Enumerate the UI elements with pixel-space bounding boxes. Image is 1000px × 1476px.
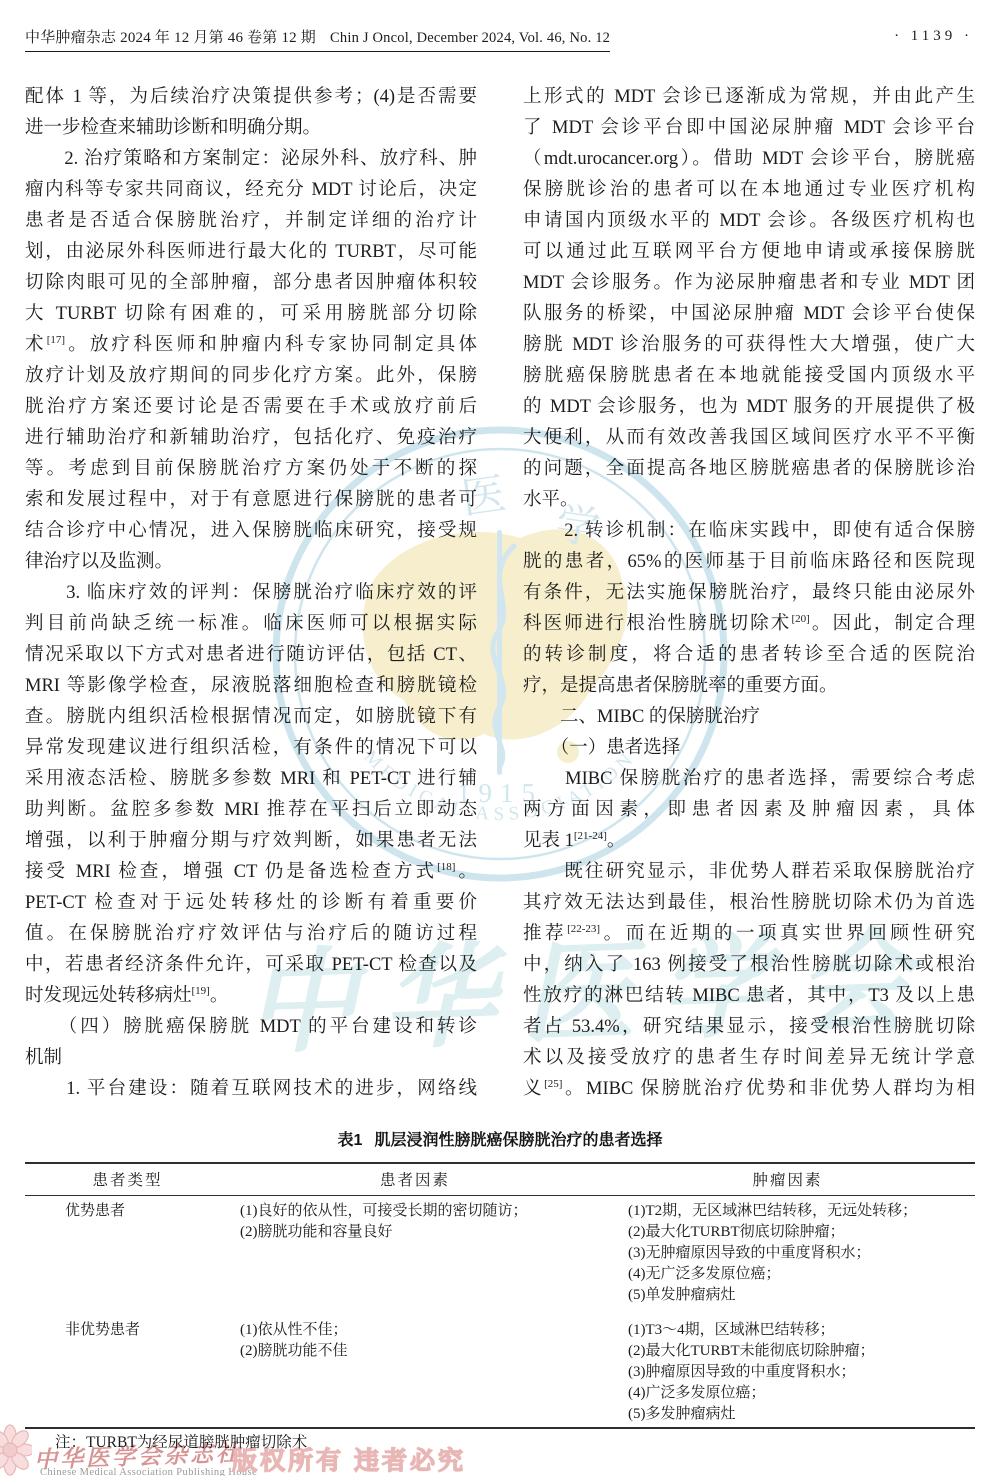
- text-line: 律治疗以及监测。: [25, 547, 477, 578]
- tumor-factors-cell: (1)T3～4期，区域淋巴结转移；(2)最大化TURBT未能彻底切除肿瘤；(3)…: [600, 1314, 975, 1428]
- journal-page: 医 学 1915 MEDICAL ASSOCIATION 中华医学会 中华医学会…: [0, 0, 1000, 1476]
- table1-block: 表1肌层浸润性膀胱癌保膀胱治疗的患者选择 患者类型 患者因素 肿瘤因素 优势患者…: [25, 1130, 975, 1429]
- text-line: 异常发现建议进行组织活检，有条件的情况下可以: [25, 733, 477, 764]
- text-line: 等。考虑到目前保膀胱治疗方案仍处于不断的探: [25, 454, 477, 485]
- text-line: 的转诊制度，将合适的患者转诊至合适的医院治: [523, 640, 975, 671]
- text-column-left: 配体 1 等，为后续治疗决策提供参考；(4)是否需要进一步检查来辅助诊断和明确分…: [25, 82, 477, 1105]
- text-line: 3. 临床疗效的评判：保膀胱治疗临床疗效的评: [25, 578, 477, 609]
- text-line: 1. 平台建设：随着互联网技术的进步，网络线: [25, 1074, 477, 1105]
- factor-line: (1)依从性不佳；: [240, 1320, 599, 1341]
- journal-citation-en: Chin J Oncol, December 2024, Vol. 46, No…: [330, 30, 610, 46]
- text-line: 患者是否适合保膀胱治疗，并制定详细的治疗计: [25, 206, 477, 237]
- text-line: 2. 转诊机制：在临床实践中，即使有适合保膀: [523, 516, 975, 547]
- factor-line: (1)T3～4期，区域淋巴结转移；: [628, 1320, 974, 1341]
- text-line: 术以及接受放疗的患者生存时间差异无统计学意: [523, 1043, 975, 1074]
- text-line: 中，若患者经济条件允许，可采取 PET-CT 检查以及: [25, 950, 477, 981]
- text-line: 科医师进行根治性膀胱切除术[20]。因此，制定合理: [523, 609, 975, 640]
- text-line: 两方面因素，即患者因素及肿瘤因素，具体: [523, 795, 975, 826]
- table-row: 非优势患者(1)依从性不佳；(2)膀胱功能不佳(1)T3～4期，区域淋巴结转移；…: [25, 1314, 975, 1428]
- text-line: 有条件，无法实施保膀胱治疗，最终只能由泌尿外: [523, 578, 975, 609]
- text-line: 中，纳入了 163 例接受了根治性膀胱切除术或根治: [523, 950, 975, 981]
- text-line: 值。在保膀胱治疗疗效评估与治疗后的随访过程: [25, 919, 477, 950]
- text-line: 切除肉眼可见的全部肿瘤，部分患者因肿瘤体积较: [25, 268, 477, 299]
- text-line: 疗，是提高患者保膀胱率的重要方面。: [523, 671, 975, 702]
- journal-citation-zh: 中华肿瘤杂志 2024 年 12 月第 46 卷第 12 期: [25, 30, 316, 46]
- table1-caption: 表1肌层浸润性膀胱癌保膀胱治疗的患者选择: [25, 1130, 975, 1152]
- factor-line: (3)无肿瘤原因导致的中重度肾积水；: [628, 1243, 974, 1264]
- seal-staff: [497, 530, 502, 775]
- factor-line: (2)膀胱功能不佳: [240, 1341, 599, 1362]
- text-line: 膀胱癌保膀胱患者在本地就能接受国内顶级水平: [523, 361, 975, 392]
- page-number: · 1139 ·: [894, 28, 973, 45]
- text-line: 时发现远处转移病灶[19]。: [25, 981, 477, 1012]
- text-line: （一）患者选择: [523, 733, 975, 764]
- patient-factors-cell: (1)良好的依从性，可接受长期的密切随访；(2)膀胱功能和容量良好: [230, 1196, 600, 1315]
- patient-selection-table: 患者类型 患者因素 肿瘤因素 优势患者(1)良好的依从性，可接受长期的密切随访；…: [25, 1162, 975, 1429]
- text-line: 其疗效无法达到最佳，根治性膀胱切除术仍为首选: [523, 888, 975, 919]
- journal-citation: 中华肿瘤杂志 2024 年 12 月第 46 卷第 12 期Chin J Onc…: [25, 26, 610, 52]
- text-line: 可以通过此互联网平台方便地申请或承接保膀胱: [523, 237, 975, 268]
- text-line: 的 MDT 会诊服务，也为 MDT 服务的开展提供了极: [523, 392, 975, 423]
- col-header-tumor-factors: 肿瘤因素: [600, 1163, 975, 1196]
- text-line: 判目前尚缺乏统一标准。临床医师可以根据实际: [25, 609, 477, 640]
- seal-snake: [493, 546, 514, 766]
- text-line: 大 TURBT 切除有困难的，可采用膀胱部分切除: [25, 299, 477, 330]
- text-line: 瘤内科等专家共同商议，经充分 MDT 讨论后，决定: [25, 175, 477, 206]
- text-line: 推荐[22-23]。而在近期的一项真实世界回顾性研究: [523, 919, 975, 950]
- text-line: （mdt.urocancer.org）。借助 MDT 会诊平台，膀胱癌: [523, 144, 975, 175]
- text-line: 增强，以利于肿瘤分期与疗效判断，如果患者无法: [25, 826, 477, 857]
- text-line: （四）膀胱癌保膀胱 MDT 的平台建设和转诊: [25, 1012, 477, 1043]
- text-line: 情况采取以下方式对患者进行随访评估，包括 CT、: [25, 640, 477, 671]
- publisher-english-watermark: Chinese Medical Association Publishing H…: [40, 1467, 257, 1476]
- text-line: 胱的患者，65%的医师基于目前临床路径和医院现: [523, 547, 975, 578]
- text-line: 申请国内顶级水平的 MDT 会诊。各级医疗机构也: [523, 206, 975, 237]
- text-line: 放疗计划及放疗期间的同步化疗方案。此外，保膀: [25, 361, 477, 392]
- text-line: MDT 会诊服务。作为泌尿肿瘤患者和专业 MDT 团: [523, 268, 975, 299]
- factor-line: (1)良好的依从性，可接受长期的密切随访；: [240, 1201, 599, 1222]
- factor-line: (2)膀胱功能和容量良好: [240, 1222, 599, 1243]
- table1-caption-label: 表1: [338, 1132, 363, 1149]
- text-line: 配体 1 等，为后续治疗决策提供参考；(4)是否需要: [25, 82, 477, 113]
- patient-type-cell: 优势患者: [25, 1196, 230, 1315]
- text-line: 结合诊疗中心情况，进入保膀胱临床研究，接受规: [25, 516, 477, 547]
- text-line: 二、MIBC 的保膀胱治疗: [523, 702, 975, 733]
- patient-type-cell: 非优势患者: [25, 1314, 230, 1428]
- text-line: 接受 MRI 检查，增强 CT 仍是备选检查方式[18]。: [25, 857, 477, 888]
- table-row: 优势患者(1)良好的依从性，可接受长期的密切随访；(2)膀胱功能和容量良好(1)…: [25, 1196, 975, 1315]
- col-header-patient-type: 患者类型: [25, 1163, 230, 1196]
- text-column-right: 上形式的 MDT 会诊已逐渐成为常规，并由此产生了 MDT 会诊平台即中国泌尿肿…: [523, 82, 975, 1105]
- text-line: 既往研究显示，非优势人群若采取保膀胱治疗: [523, 857, 975, 888]
- text-line: 者占 53.4%，研究结果显示，接受根治性膀胱切除: [523, 1012, 975, 1043]
- patient-factors-cell: (1)依从性不佳；(2)膀胱功能不佳: [230, 1314, 600, 1428]
- text-line: MIBC 保膀胱治疗的患者选择，需要综合考虑: [523, 764, 975, 795]
- text-line: 查。膀胱内组织活检根据情况而定，如膀胱镜下有: [25, 702, 477, 733]
- text-line: 大便利，从而有效改善我国区域间医疗水平不平衡: [523, 423, 975, 454]
- col-header-patient-factors: 患者因素: [230, 1163, 600, 1196]
- text-line: 胱治疗方案还要讨论是否需要在手术或放疗前后: [25, 392, 477, 423]
- factor-line: (4)广泛多发原位癌；: [628, 1383, 974, 1404]
- text-line: 膀胱 MDT 诊治服务的可获得性大大增强，使广大: [523, 330, 975, 361]
- page-header: 中华肿瘤杂志 2024 年 12 月第 46 卷第 12 期Chin J Onc…: [25, 26, 975, 56]
- factor-line: (5)单发肿瘤病灶: [628, 1285, 974, 1306]
- factor-line: (2)最大化TURBT未能彻底切除肿瘤；: [628, 1341, 974, 1362]
- text-line: 见表 1[21-24]。: [523, 826, 975, 857]
- text-line: 采用液态活检、膀胱多参数 MRI 和 PET-CT 进行辅: [25, 764, 477, 795]
- text-line: 划，由泌尿外科医师进行最大化的 TURBT，尽可能: [25, 237, 477, 268]
- text-line: PET-CT 检查对于远处转移灶的诊断有着重要价: [25, 888, 477, 919]
- text-line: 助判断。盆腔多参数 MRI 推荐在平扫后立即动态: [25, 795, 477, 826]
- text-line: 水平。: [523, 485, 975, 516]
- text-line: 义[25]。MIBC 保膀胱治疗优势和非优势人群均为相: [523, 1074, 975, 1105]
- text-line: 进一步检查来辅助诊断和明确分期。: [25, 113, 477, 144]
- text-line: 2. 治疗策略和方案制定：泌尿外科、放疗科、肿: [25, 144, 477, 175]
- tumor-factors-cell: (1)T2期，无区域淋巴结转移，无远处转移；(2)最大化TURBT彻底切除肿瘤；…: [600, 1196, 975, 1315]
- text-line: MRI 等影像学检查，尿液脱落细胞检查和膀胱镜检: [25, 671, 477, 702]
- text-line: 进行辅助治疗和新辅助治疗，包括化疗、免疫治疗: [25, 423, 477, 454]
- factor-line: (4)无广泛多发原位癌；: [628, 1264, 974, 1285]
- text-line: 队服务的桥梁，中国泌尿肿瘤 MDT 会诊平台使保: [523, 299, 975, 330]
- factor-line: (3)肿瘤原因导致的中重度肾积水；: [628, 1362, 974, 1383]
- table1-footnote: 注：TURBT为经尿道膀胱肿瘤切除术: [55, 1430, 307, 1452]
- text-line: 上形式的 MDT 会诊已逐渐成为常规，并由此产生: [523, 82, 975, 113]
- text-line: 术[17]。放疗科医师和肿瘤内科专家协同制定具体: [25, 330, 477, 361]
- text-line: 索和发展过程中，对于有意愿进行保膀胱的患者可: [25, 485, 477, 516]
- text-line: 了 MDT 会诊平台即中国泌尿肿瘤 MDT 会诊平台: [523, 113, 975, 144]
- factor-line: (5)多发肿瘤病灶: [628, 1404, 974, 1425]
- text-line: 的问题，全面提高各地区膀胱癌患者的保膀胱诊治: [523, 454, 975, 485]
- text-line: 保膀胱诊治的患者可以在本地通过专业医疗机构: [523, 175, 975, 206]
- text-line: 性放疗的淋巴结转 MIBC 患者，其中，T3 及以上患: [523, 981, 975, 1012]
- factor-line: (1)T2期，无区域淋巴结转移，无远处转移；: [628, 1201, 974, 1222]
- text-line: 机制: [25, 1043, 477, 1074]
- table1-caption-title: 肌层浸润性膀胱癌保膀胱治疗的患者选择: [374, 1132, 662, 1149]
- factor-line: (2)最大化TURBT彻底切除肿瘤；: [628, 1222, 974, 1243]
- table-header-row: 患者类型 患者因素 肿瘤因素: [25, 1163, 975, 1196]
- rosette-watermark: [0, 1424, 32, 1476]
